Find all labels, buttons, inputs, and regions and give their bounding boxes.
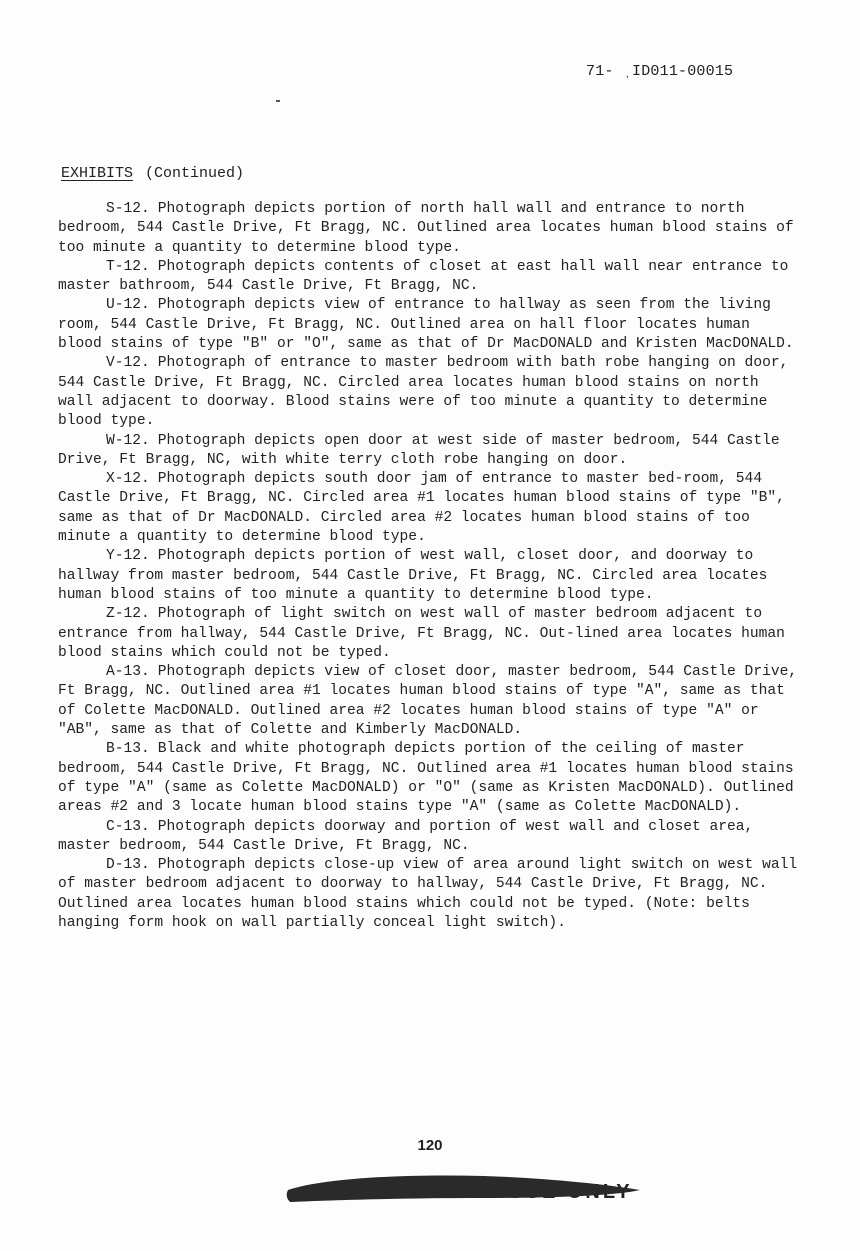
exhibit-code: T-12. [106,259,150,275]
document-page: 71- ˌID011-00015 EXHIBITS(Continued) S-1… [0,0,860,1251]
exhibit-code: B-13. [106,741,150,757]
exhibit-code: Y-12. [106,548,150,564]
exhibit-description: Photograph depicts contents of closet at… [58,259,788,294]
exhibit-code: D-13. [106,857,150,873]
exhibit-entry: X-12.Photograph depicts south door jam o… [58,470,798,547]
exhibit-code: C-13. [106,819,150,835]
exhibit-description: Photograph depicts portion of west wall,… [58,548,767,603]
exhibit-entry: Z-12.Photograph of light switch on west … [58,605,798,663]
exhibit-description: Photograph depicts view of entrance to h… [58,297,794,352]
section-heading: EXHIBITS(Continued) [61,165,244,182]
exhibit-code: X-12. [106,471,150,487]
section-title: EXHIBITS [61,165,133,182]
exhibit-description: Black and white photograph depicts porti… [58,741,794,815]
exhibit-description: Photograph of entrance to master bedroom… [58,355,788,429]
exhibit-entry: W-12.Photograph depicts open door at wes… [58,432,798,471]
exhibit-code: A-13. [106,664,150,680]
exhibit-description: Photograph depicts south door jam of ent… [58,471,785,545]
exhibit-code: U-12. [106,297,150,313]
exhibit-code: V-12. [106,355,150,371]
exhibit-description: Photograph depicts open door at west sid… [58,433,780,468]
exhibit-entry: T-12.Photograph depicts contents of clos… [58,258,798,297]
scan-speck [276,100,280,102]
exhibit-list: S-12.Photograph depicts portion of north… [58,200,798,933]
page-number: 120 [0,1137,860,1154]
exhibit-description: Photograph depicts doorway and portion o… [58,819,753,854]
exhibit-description: Photograph of light switch on west wall … [58,606,785,661]
exhibit-entry: C-13.Photograph depicts doorway and port… [58,818,798,857]
exhibit-entry: D-13.Photograph depicts close-up view of… [58,856,798,933]
exhibit-code: Z-12. [106,606,150,622]
exhibit-entry: U-12.Photograph depicts view of entrance… [58,296,798,354]
redaction-mark [284,1168,644,1208]
exhibit-description: Photograph depicts portion of north hall… [58,201,794,256]
exhibit-entry: A-13.Photograph depicts view of closet d… [58,663,798,740]
document-id: 71- ˌID011-00015 [586,63,733,80]
exhibit-entry: S-12.Photograph depicts portion of north… [58,200,798,258]
section-subtitle: (Continued) [145,165,244,182]
exhibit-description: Photograph depicts close-up view of area… [58,857,797,931]
exhibit-code: S-12. [106,201,150,217]
exhibit-entry: Y-12.Photograph depicts portion of west … [58,547,798,605]
classification-marking: FOR OFFICIAL USE ONLY [284,1168,644,1208]
exhibit-entry: B-13.Black and white photograph depicts … [58,740,798,817]
exhibit-entry: V-12.Photograph of entrance to master be… [58,354,798,431]
exhibit-description: Photograph depicts view of closet door, … [58,664,797,738]
exhibit-code: W-12. [106,433,150,449]
